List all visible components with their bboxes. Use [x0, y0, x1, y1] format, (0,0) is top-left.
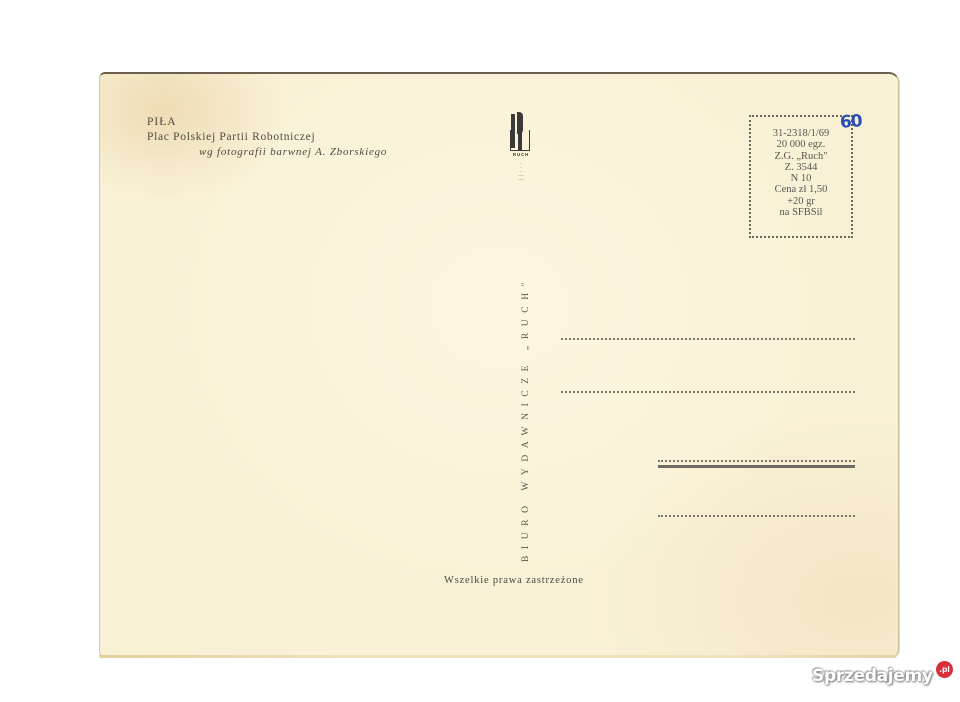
postcard-back: PIŁA Plac Polskiej Partii Robotniczej wg… [99, 72, 899, 657]
place-subtitle: Plac Polskiej Partii Robotniczej [147, 131, 387, 143]
address-line-1 [561, 338, 855, 340]
address-line-3 [658, 460, 855, 462]
ruch-logo-word: RUCH [509, 152, 533, 157]
photo-credit: wg fotografii barwnej A. Zborskiego [199, 146, 387, 158]
stamp-line: 20 000 egz. [751, 139, 851, 150]
caption-block: PIŁA Plac Polskiej Partii Robotniczej wg… [147, 116, 387, 158]
watermark-badge-icon: .pl [936, 661, 953, 678]
publisher-vertical-text: BIURO WYDAWNICZE „RUCH" [521, 276, 531, 562]
stamp-line: Cena zł 1,50 [751, 184, 851, 195]
stamp-line: na SFBSil [751, 207, 851, 218]
stamp-line: N 10 [751, 173, 851, 184]
rights-notice: Wszelkie prawa zastrzeżone [444, 575, 584, 586]
city-name: PIŁA [147, 116, 387, 128]
address-line-2 [561, 391, 855, 393]
stamp-line: Z. 3544 [751, 162, 851, 173]
divider-ornament-icon: ···—— [517, 163, 525, 183]
stamp-box: 31-2318/1/69 20 000 egz. Z.G. „Ruch" Z. … [749, 115, 853, 238]
watermark-logo: Sprzedajemy [812, 666, 933, 686]
stamp-line: +20 gr [751, 196, 851, 207]
address-line-4 [658, 515, 855, 517]
stamp-line: Z.G. „Ruch" [751, 151, 851, 162]
stamp-line: 31-2318/1/69 [751, 128, 851, 139]
handwritten-note: 60 [839, 111, 862, 132]
ruch-logo-icon: RUCH ···—— [509, 112, 533, 183]
